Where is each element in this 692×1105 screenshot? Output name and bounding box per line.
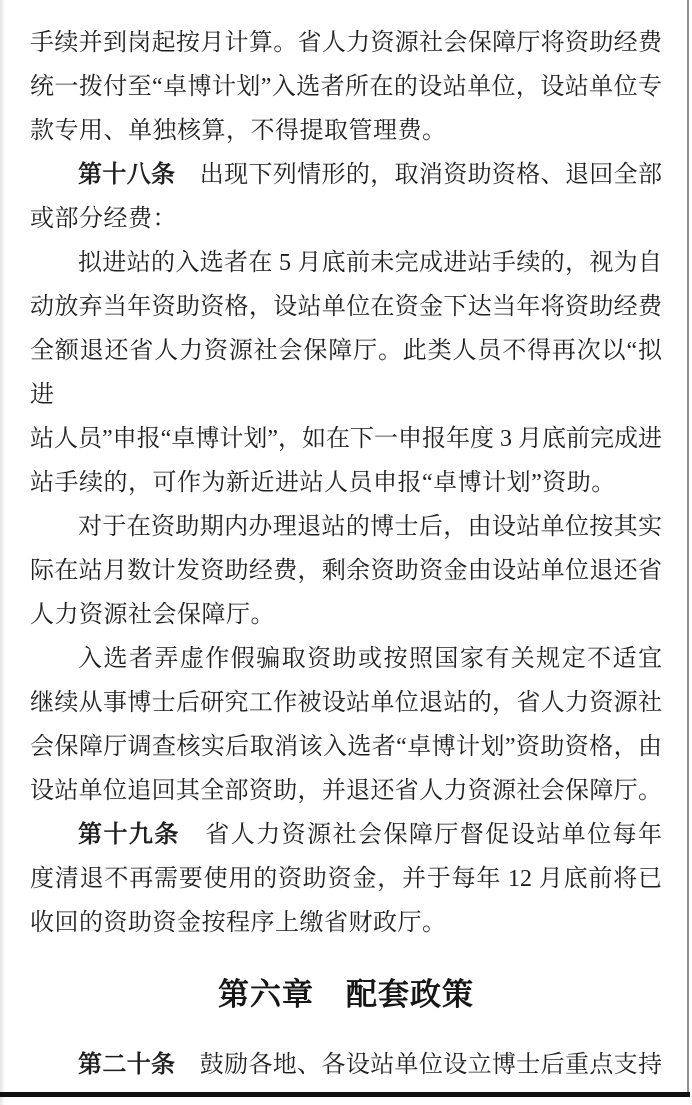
text-line: 或部分经费： bbox=[30, 197, 662, 241]
text-line: 会保障厅调查核实后取消该入选者“卓博计划”资助资格，由 bbox=[30, 725, 662, 769]
text-line: 对于在资助期内办理退站的博士后，由设站单位按其实 bbox=[30, 505, 662, 549]
text-line: 手续并到岗起按月计算。省人力资源社会保障厅将资助经费 bbox=[30, 21, 662, 65]
text-line: 设站单位追回其全部资助，并退还省人力资源社会保障厅。 bbox=[30, 769, 662, 813]
text-line: 度清退不再需要使用的资助资金，并于每年 12 月底前将已 bbox=[30, 857, 662, 901]
article-number: 第十九条 bbox=[78, 822, 180, 848]
page-bottom-rule bbox=[0, 1092, 690, 1097]
text-segment: 手续并到岗起按月计算。省人力资源社会保障厅将资助经费 bbox=[30, 30, 662, 56]
text-segment: 动放弃当年资助资格，设站单位在资金下达当年将资助经费 bbox=[30, 294, 662, 320]
text-line: 继续从事博士后研究工作被设站单位退站的，省人力资源社 bbox=[30, 681, 662, 725]
text-segment: 人力资源社会保障厅。 bbox=[30, 602, 275, 628]
text-segment: 会保障厅调查核实后取消该入选者“卓博计划”资助资格，由 bbox=[30, 734, 662, 760]
text-segment: 鼓励各地、各设站单位设立博士后重点支持 bbox=[175, 1052, 662, 1078]
text-line: 全额退还省人力资源社会保障厅。此类人员不得再次以“拟进 bbox=[30, 329, 662, 417]
text-line: 动放弃当年资助资格，设站单位在资金下达当年将资助经费 bbox=[30, 285, 662, 329]
text-segment: 收回的资助资金按程序上缴省财政厅。 bbox=[30, 910, 447, 936]
text-segment: 或部分经费： bbox=[30, 206, 177, 232]
text-line: 入选者弄虚作假骗取资助或按照国家有关规定不适宜 bbox=[30, 637, 662, 681]
text-line: 站人员”申报“卓博计划”，如在下一申报年度 3 月底前完成进 bbox=[30, 417, 662, 461]
chapter-heading: 第六章 配套政策 bbox=[30, 972, 662, 1018]
text-line: 第十九条 省人力资源社会保障厅督促设站单位每年 bbox=[30, 813, 662, 857]
article-number: 第十八条 bbox=[78, 162, 175, 188]
document-page: 手续并到岗起按月计算。省人力资源社会保障厅将资助经费统一拨付至“卓博计划”入选者… bbox=[0, 0, 692, 1105]
article-number: 第二十条 bbox=[78, 1052, 175, 1078]
text-segment: 设站单位追回其全部资助，并退还省人力资源社会保障厅。 bbox=[30, 778, 662, 804]
text-segment: 度清退不再需要使用的资助资金，并于每年 12 月底前将已 bbox=[30, 866, 662, 892]
text-segment: 对于在资助期内办理退站的博士后，由设站单位按其实 bbox=[78, 514, 662, 540]
text-segment: 款专用、单独核算，不得提取管理费。 bbox=[30, 118, 447, 144]
text-segment: 站人员”申报“卓博计划”，如在下一申报年度 3 月底前完成进 bbox=[30, 426, 662, 452]
text-segment: 入选者弄虚作假骗取资助或按照国家有关规定不适宜 bbox=[78, 646, 662, 672]
text-segment: 际在站月数计发资助经费，剩余资助资金由设站单位退还省 bbox=[30, 558, 662, 584]
text-line: 拟进站的入选者在 5 月底前未完成进站手续的，视为自 bbox=[30, 241, 662, 285]
text-segment: 拟进站的入选者在 5 月底前未完成进站手续的，视为自 bbox=[78, 250, 662, 276]
text-segment: 省人力资源社会保障厅督促设站单位每年 bbox=[180, 822, 662, 848]
text-line: 款专用、单独核算，不得提取管理费。 bbox=[30, 109, 662, 153]
text-segment: 站手续的，可作为新近进站人员申报“卓博计划”资助。 bbox=[30, 470, 616, 496]
page-right-edge-line bbox=[687, 0, 689, 1097]
text-line: 站手续的，可作为新近进站人员申报“卓博计划”资助。 bbox=[30, 461, 662, 505]
text-line: 际在站月数计发资助经费，剩余资助资金由设站单位退还省 bbox=[30, 549, 662, 593]
text-segment: 统一拨付至“卓博计划”入选者所在的设站单位，设站单位专 bbox=[30, 74, 662, 100]
text-line: 收回的资助资金按程序上缴省财政厅。 bbox=[30, 901, 662, 945]
text-line: 统一拨付至“卓博计划”入选者所在的设站单位，设站单位专 bbox=[30, 65, 662, 109]
document-body: 手续并到岗起按月计算。省人力资源社会保障厅将资助经费统一拨付至“卓博计划”入选者… bbox=[30, 21, 662, 1087]
page-left-edge-shadow bbox=[0, 0, 5, 1105]
text-segment: 全额退还省人力资源社会保障厅。此类人员不得再次以“拟进 bbox=[30, 338, 662, 408]
text-segment: 继续从事博士后研究工作被设站单位退站的，省人力资源社 bbox=[30, 690, 662, 716]
text-line: 第十八条 出现下列情形的，取消资助资格、退回全部 bbox=[30, 153, 662, 197]
text-line: 第二十条 鼓励各地、各设站单位设立博士后重点支持 bbox=[30, 1043, 662, 1087]
text-line: 人力资源社会保障厅。 bbox=[30, 593, 662, 637]
text-segment: 出现下列情形的，取消资助资格、退回全部 bbox=[175, 162, 662, 188]
article-number: 第六章 配套政策 bbox=[218, 977, 474, 1012]
